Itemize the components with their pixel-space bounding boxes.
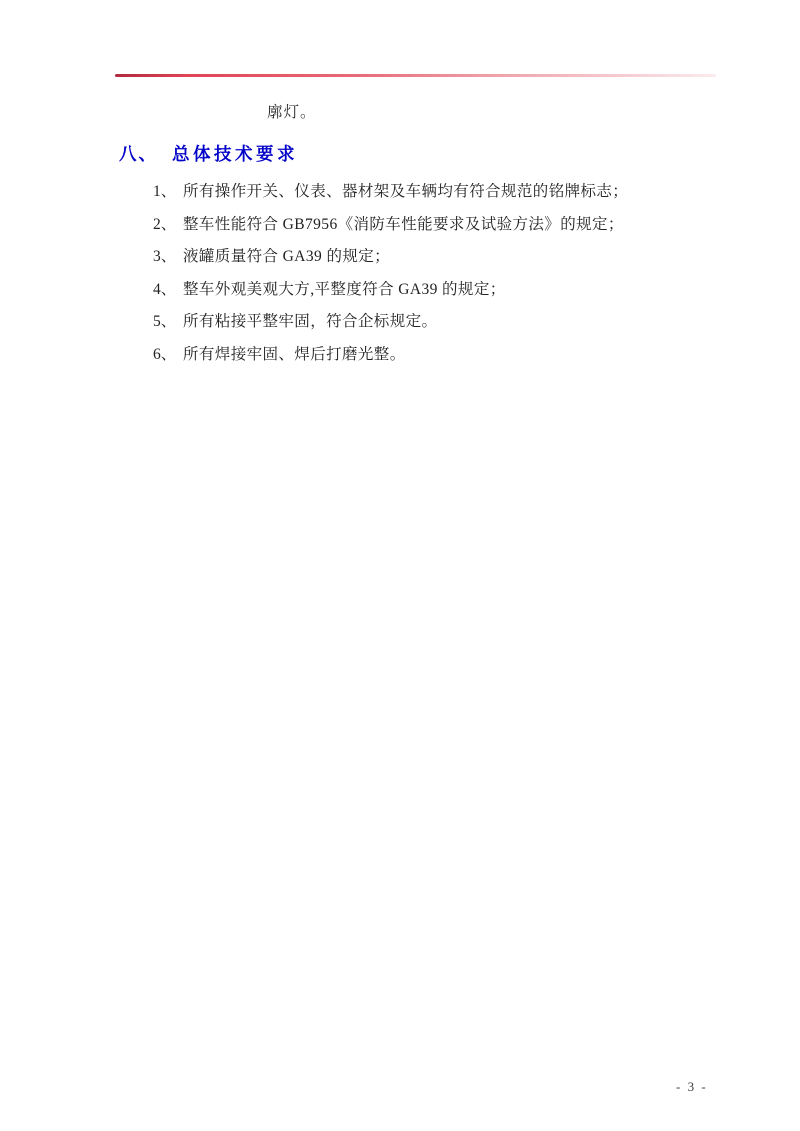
list-item: 1、 所有操作开关、仪表、器材架及车辆均有符合规范的铭牌标志； xyxy=(153,176,713,209)
list-item: 4、 整车外观美观大方,平整度符合 GA39 的规定； xyxy=(153,274,713,307)
list-item-number: 5、 xyxy=(153,306,183,339)
header-rule xyxy=(115,74,716,77)
list-item-text: 所有焊接牢固、焊后打磨光整。 xyxy=(183,339,406,372)
document-page: 廓灯。 八、总体技术要求 1、 所有操作开关、仪表、器材架及车辆均有符合规范的铭… xyxy=(0,0,800,1131)
section-heading-title: 总体技术要求 xyxy=(172,144,298,164)
list-item: 6、 所有焊接牢固、焊后打磨光整。 xyxy=(153,339,713,372)
list-item-text: 整车性能符合 GB7956《消防车性能要求及试验方法》的规定； xyxy=(183,209,624,242)
list-item-number: 1、 xyxy=(153,176,183,209)
list-item-number: 2、 xyxy=(153,209,183,242)
section-heading: 八、总体技术要求 xyxy=(119,141,298,166)
continuation-text: 廓灯。 xyxy=(267,102,317,124)
list-item-text: 所有操作开关、仪表、器材架及车辆均有符合规范的铭牌标志； xyxy=(183,176,628,209)
list-item-number: 4、 xyxy=(153,274,183,307)
list-item-text: 液罐质量符合 GA39 的规定； xyxy=(183,241,390,274)
list-item-text: 整车外观美观大方,平整度符合 GA39 的规定； xyxy=(183,274,506,307)
list-item-text: 所有粘接平整牢固，符合企标规定。 xyxy=(183,306,437,339)
list-item: 2、 整车性能符合 GB7956《消防车性能要求及试验方法》的规定； xyxy=(153,209,713,242)
page-number: - 3 - xyxy=(676,1078,708,1096)
list-item: 3、 液罐质量符合 GA39 的规定； xyxy=(153,241,713,274)
requirements-list: 1、 所有操作开关、仪表、器材架及车辆均有符合规范的铭牌标志； 2、 整车性能符… xyxy=(153,176,713,372)
list-item-number: 6、 xyxy=(153,339,183,372)
section-heading-number: 八、 xyxy=(119,144,158,164)
list-item: 5、 所有粘接平整牢固，符合企标规定。 xyxy=(153,306,713,339)
list-item-number: 3、 xyxy=(153,241,183,274)
